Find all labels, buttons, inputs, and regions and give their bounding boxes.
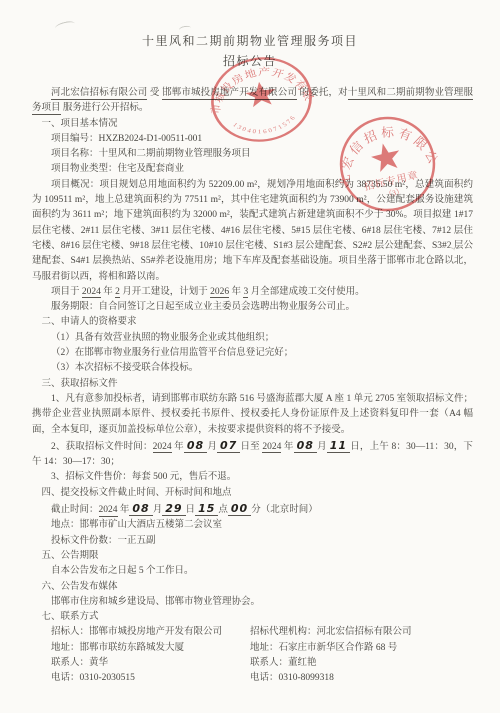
collection-time: 2、获取招标文件时间：2024 年08月07日至 2024 年08月11日，上午…	[32, 438, 473, 471]
project-type: 项目物业类型：住宅及配套商业	[32, 162, 473, 177]
text-segment: 月	[207, 442, 217, 452]
text-segment: 五、公告期限	[42, 551, 99, 561]
section-4-heading: 四、提交投标文件截止时间、开标时间和地点	[32, 486, 473, 501]
text-segment: 的委托，对	[297, 88, 348, 98]
contact-row: 电话：0310-8099318	[250, 671, 473, 686]
agency-contact: 招标代理机构：河北宏信招标有限公司地址：石家庄市新华区合作路 68 号联系人：董…	[250, 625, 473, 686]
text-segment: 3、招标文件售价：每套 500 元，售后不退。	[51, 472, 236, 482]
handwritten-value: 08	[184, 439, 207, 453]
text-segment: 六、公告发布媒体	[42, 582, 118, 592]
text-segment: 分（北京时间）	[251, 505, 318, 515]
text-segment: 2024	[153, 442, 172, 454]
qualification-3: （3）本次招标不接受联合体投标。	[32, 361, 473, 376]
text-segment: 一、项目基本情况	[42, 119, 118, 129]
deadline-time: 截止时间：2024 年08月29日15点00分（北京时间）	[32, 501, 473, 518]
text-segment: 投标文件份数：一正五副	[51, 536, 156, 546]
text-segment: 日	[186, 505, 196, 515]
text-segment: 服务期限：自合同签订之日起至成立业主委员会选聘出物业服务公司止。	[51, 302, 355, 312]
text-segment: 月	[317, 442, 327, 452]
text-segment: 项目编号：HXZB2024-D1-00511-001	[51, 134, 202, 144]
scanned-document-page: 十里风和二期前期物业管理服务项目 招标公告 河北宏信招标有限公司 受 邯郸市城投…	[0, 0, 500, 713]
text-segment: 年	[281, 442, 293, 452]
text-segment: 点	[218, 505, 228, 515]
service-period: 服务期限：自合同签订之日起至成立业主委员会选聘出物业服务公司止。	[32, 300, 473, 315]
text-segment: 地点：邯郸市矿山大酒店五楼第二会议室	[51, 520, 222, 530]
document-price: 3、招标文件售价：每套 500 元，售后不退。	[32, 470, 473, 485]
text-segment: 年	[172, 442, 184, 452]
text-segment: 七、联系方式	[42, 612, 99, 622]
project-name: 项目名称：十里风和二期前期物业管理服务项目	[32, 147, 473, 162]
text-segment: 自本公告发布之日起 5 个工作日。	[51, 566, 194, 576]
handwritten-value: 15	[195, 502, 218, 516]
project-overview: 项目概况：项目规划总用地面积约为 52209.00 m²，规划净用地面积约为 3…	[32, 178, 473, 285]
opening-location: 地点：邯郸市矿山大酒店五楼第二会议室	[32, 518, 473, 533]
section-1-heading: 一、项目基本情况	[32, 117, 473, 132]
document-body: 河北宏信招标有限公司 受 邯郸市城投房地产开发有限公司 的委托，对十里风和二期前…	[32, 86, 473, 687]
text-segment: 截止时间：	[51, 505, 99, 515]
text-segment: 三、获取招标文件	[42, 379, 118, 389]
text-segment: 项目概况：项目规划总用地面积约为 52209.00 m²，规划净用地面积约为 3…	[32, 180, 473, 282]
handwritten-value: 29	[162, 502, 185, 516]
intro-paragraph: 河北宏信招标有限公司 受 邯郸市城投房地产开发有限公司 的委托，对十里风和二期前…	[32, 86, 473, 117]
text-segment: 年	[229, 287, 243, 297]
text-segment: 邯郸市住房和城乡建设局、邯郸市物业管理协会。	[51, 597, 260, 607]
contact-row: 招标人：邯郸市城投房地产开发有限公司	[51, 625, 250, 640]
text-segment: 月	[153, 505, 163, 515]
contact-row: 电话：0310-2030515	[51, 671, 250, 686]
contact-row: 联系人：董红艳	[250, 656, 473, 671]
text-segment: 受	[147, 88, 162, 98]
text-segment: 2026	[210, 287, 229, 299]
text-segment: 项目物业类型：住宅及配套商业	[51, 164, 184, 174]
contact-row: 联系人：黄华	[51, 656, 250, 671]
text-segment: 邯郸市城投房地产开发有限公司	[162, 88, 297, 100]
text-segment: 二、申请人的资格要求	[42, 317, 137, 327]
text-segment: （3）本次招标不接受联合体投标。	[51, 363, 198, 373]
text-segment: 年	[118, 505, 130, 515]
text-segment: 2024	[82, 287, 101, 299]
publication-media: 邯郸市住房和城乡建设局、邯郸市物业管理协会。	[32, 595, 473, 610]
text-segment: 年	[101, 287, 115, 297]
contact-row: 地址：石家庄市新华区合作路 68 号	[250, 641, 473, 656]
text-segment: 服务进行公开招标。	[61, 103, 149, 113]
section-2-heading: 二、申请人的资格要求	[32, 315, 473, 330]
text-segment: 月开工建设，计划于	[120, 287, 210, 297]
document-subtitle: 招标公告	[0, 52, 500, 69]
text-segment: 2、获取招标文件时间：	[51, 442, 153, 452]
handwritten-value: 08	[129, 502, 152, 516]
section-7-heading: 七、联系方式	[32, 610, 473, 625]
text-segment: 日至	[240, 442, 262, 452]
title-block: 十里风和二期前期物业管理服务项目 招标公告	[0, 0, 500, 69]
text-segment: 四、提交投标文件截止时间、开标时间和地点	[42, 488, 232, 498]
contact-section: 招标人：邯郸市城投房地产开发有限公司地址：邯郸市联纺东路城发大厦联系人：黄华电话…	[32, 625, 473, 686]
bidder-contact: 招标人：邯郸市城投房地产开发有限公司地址：邯郸市联纺东路城发大厦联系人：黄华电话…	[32, 625, 250, 686]
handwritten-value: 08	[294, 439, 317, 453]
handwritten-value: 07	[217, 439, 240, 453]
handwritten-value: 00	[228, 502, 251, 516]
handwritten-value: 11	[327, 439, 350, 453]
text-segment: （2）在邯郸市物业服务行业信用监管平台信息登记完好；	[51, 348, 293, 358]
qualification-2: （2）在邯郸市物业服务行业信用监管平台信息登记完好；	[32, 346, 473, 361]
qualification-1: （1）具备有效营业执照的物业服务企业或其他组织；	[32, 331, 473, 346]
contact-row: 招标代理机构：河北宏信招标有限公司	[250, 625, 473, 640]
text-segment: （1）具备有效营业执照的物业服务企业或其他组织；	[51, 333, 274, 343]
contact-row: 地址：邯郸市联纺东路城发大厦	[51, 641, 250, 656]
text-segment: 1、凡有意参加投标者，请到邯郸市联纺东路 516 号盛海蓝郡大厦 A 座 1 单…	[32, 394, 473, 435]
document-collection: 1、凡有意参加投标者，请到邯郸市联纺东路 516 号盛海蓝郡大厦 A 座 1 单…	[32, 392, 473, 438]
announcement-period: 自本公告发布之日起 5 个工作日。	[32, 564, 473, 579]
bid-copies: 投标文件份数：一正五副	[32, 534, 473, 549]
section-6-heading: 六、公告发布媒体	[32, 580, 473, 595]
text-segment: 河北宏信招标有限公司	[51, 88, 147, 100]
text-segment: 项目于	[51, 287, 82, 297]
document-title: 十里风和二期前期物业管理服务项目	[0, 32, 500, 49]
text-segment: 2024	[99, 505, 118, 517]
text-segment: 2024	[262, 442, 281, 454]
section-5-heading: 五、公告期限	[32, 549, 473, 564]
text-segment: 月全部建成竣工交付使用。	[248, 287, 364, 297]
construction-schedule: 项目于 2024 年 2 月开工建设，计划于 2026 年 3 月全部建成竣工交…	[32, 285, 473, 300]
text-segment: 项目名称：十里风和二期前期物业管理服务项目	[51, 149, 251, 159]
project-number: 项目编号：HXZB2024-D1-00511-001	[32, 132, 473, 147]
section-3-heading: 三、获取招标文件	[32, 377, 473, 392]
